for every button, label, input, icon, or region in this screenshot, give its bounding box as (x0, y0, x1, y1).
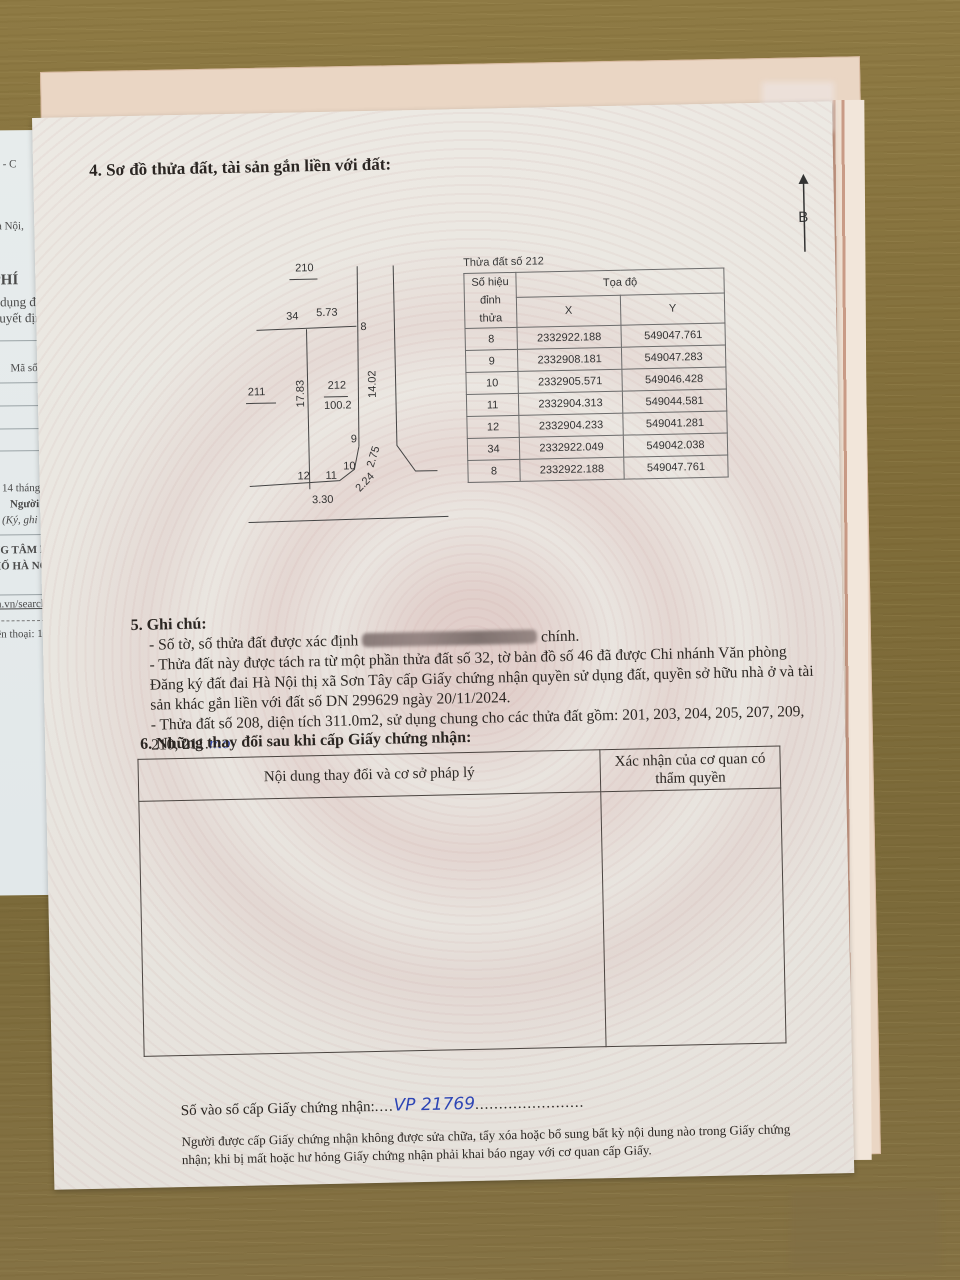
coord-row: 82332922.188549047.761 (468, 455, 728, 482)
coord-x: 2332922.188 (520, 457, 624, 481)
edge-12-34: 17.83 (295, 380, 308, 408)
parcel-area: 100.2 (324, 399, 352, 412)
parcel-diagram: 210 211 34 5.73 8 17.83 14.02 212 100.2 … (243, 254, 489, 549)
changes-col-confirmation: Xác nhận của cơ quan có thẩm quyền (600, 746, 781, 792)
vertex-id: 34 (467, 437, 519, 460)
coord-y: 549044.581 (622, 389, 726, 413)
north-label: B (798, 209, 808, 226)
parcel-number: 212 (328, 379, 347, 391)
section5-notes: 5. Ghi chú: - Số tờ, số thửa đất được xá… (130, 602, 823, 756)
coord-y: 549042.038 (623, 433, 727, 457)
section4-title: 4. Sơ đồ thửa đất, tài sản gắn liền với … (89, 154, 391, 180)
north-arrow-icon: B (793, 172, 815, 252)
note-1-end: chính. (541, 628, 580, 646)
changes-table: Nội dung thay đổi và cơ sở pháp lý Xác n… (137, 745, 786, 1056)
edge-10-11: 2.24 (353, 471, 376, 495)
vertex-id: 10 (466, 371, 518, 394)
vertex-12: 12 (297, 470, 309, 482)
edge-9-10: 2.75 (365, 445, 383, 469)
changes-content-cell (139, 792, 606, 1057)
coord-x: 2332922.049 (519, 435, 623, 459)
coord-table-caption: Thửa đất số 212 (463, 255, 544, 269)
neighbor-parcel-211: 211 (248, 386, 266, 398)
vertex-id: 11 (466, 393, 518, 416)
vertex-8: 8 (360, 321, 366, 333)
warning-text: Người được cấp Giấy chứng nhận không đượ… (181, 1120, 812, 1169)
vertex-11: 11 (325, 470, 337, 482)
coord-x: 2332904.313 (518, 391, 622, 415)
edge-11-12: 3.30 (312, 494, 334, 506)
vertex-id: 9 (465, 349, 517, 372)
changes-confirmation-cell (601, 788, 786, 1047)
edge-8-9: 14.02 (366, 370, 379, 398)
vertex-10: 10 (343, 460, 355, 472)
receipt-text: Hà Nội, (0, 220, 24, 232)
redacted-text (362, 630, 537, 648)
edge-34-8: 5.73 (316, 307, 338, 319)
vertex-9: 9 (351, 433, 357, 445)
note-1-start: - Số tờ, số thửa đất được xác định (149, 632, 359, 653)
coord-y: 549046.428 (622, 367, 726, 391)
coord-x: 2332908.181 (517, 347, 621, 371)
coord-y: 549047.761 (621, 323, 725, 347)
neighbor-parcel-210: 210 (295, 262, 314, 274)
receipt-text: ử dụng đ (0, 294, 36, 310)
vertex-id: 8 (465, 327, 517, 350)
coord-y: 549047.283 (621, 345, 725, 369)
header-x: X (516, 295, 621, 327)
coord-x: 2332904.233 (519, 413, 623, 437)
coord-y: 549041.281 (623, 411, 727, 435)
vertex-id: 12 (467, 415, 519, 438)
header-y: Y (620, 293, 725, 325)
coord-y: 549047.761 (624, 455, 728, 479)
vertex-id: 8 (468, 459, 520, 482)
receipt-text: PHÍ (0, 272, 18, 289)
register-label: Số vào sổ cấp Giấy chứng nhận: (181, 1099, 375, 1119)
coord-x: 2332922.188 (517, 325, 621, 349)
vertex-34: 34 (286, 310, 298, 322)
header-vertex-id: Số hiệu đỉnh thửa (464, 272, 517, 328)
certificate-page: 4. Sơ đồ thửa đất, tài sản gắn liền với … (32, 101, 854, 1190)
coord-x: 2332905.571 (518, 369, 622, 393)
register-number: VP 21769 (393, 1094, 475, 1116)
coordinate-table: Số hiệu đỉnh thửa Tọa độ X Y 82332922.18… (463, 268, 728, 483)
register-number-line: Số vào sổ cấp Giấy chứng nhận:....VP 217… (181, 1092, 585, 1120)
receipt-text: ỘI - C (0, 158, 17, 170)
blurred-watermark (790, 1190, 940, 1270)
